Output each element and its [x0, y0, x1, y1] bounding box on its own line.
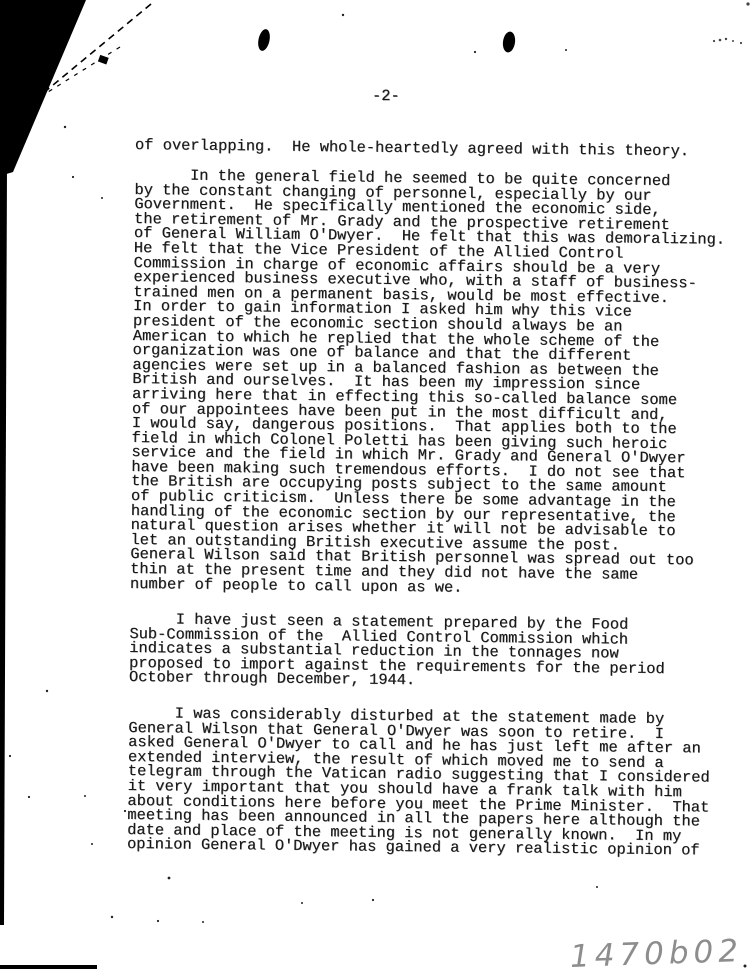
handwritten-code: 1470b02	[569, 933, 743, 972]
scanned-document-page: -2- of overlapping. He whole-heartedly a…	[0, 0, 750, 972]
paragraph-2: In the general field he seemed to be qui…	[130, 168, 726, 598]
paragraph-4: I was considerably disturbed at the stat…	[127, 706, 710, 859]
scan-edge-strip	[0, 168, 7, 925]
paragraph-1: of overlapping. He whole-heartedly agree…	[135, 138, 689, 159]
scratch-blob	[98, 55, 109, 65]
binder-mark-left	[256, 28, 271, 52]
scratch-marks	[47, 4, 151, 92]
edge-smudge	[713, 2, 750, 44]
page-number: -2-	[372, 89, 400, 104]
bottom-edge-mark	[0, 965, 97, 969]
binder-mark-right	[502, 31, 517, 53]
scan-corner-artifact	[0, 0, 86, 176]
paragraph-3: I have just seen a statement prepared by…	[129, 612, 665, 691]
body-text: of overlapping. He whole-heartedly agree…	[127, 138, 740, 875]
